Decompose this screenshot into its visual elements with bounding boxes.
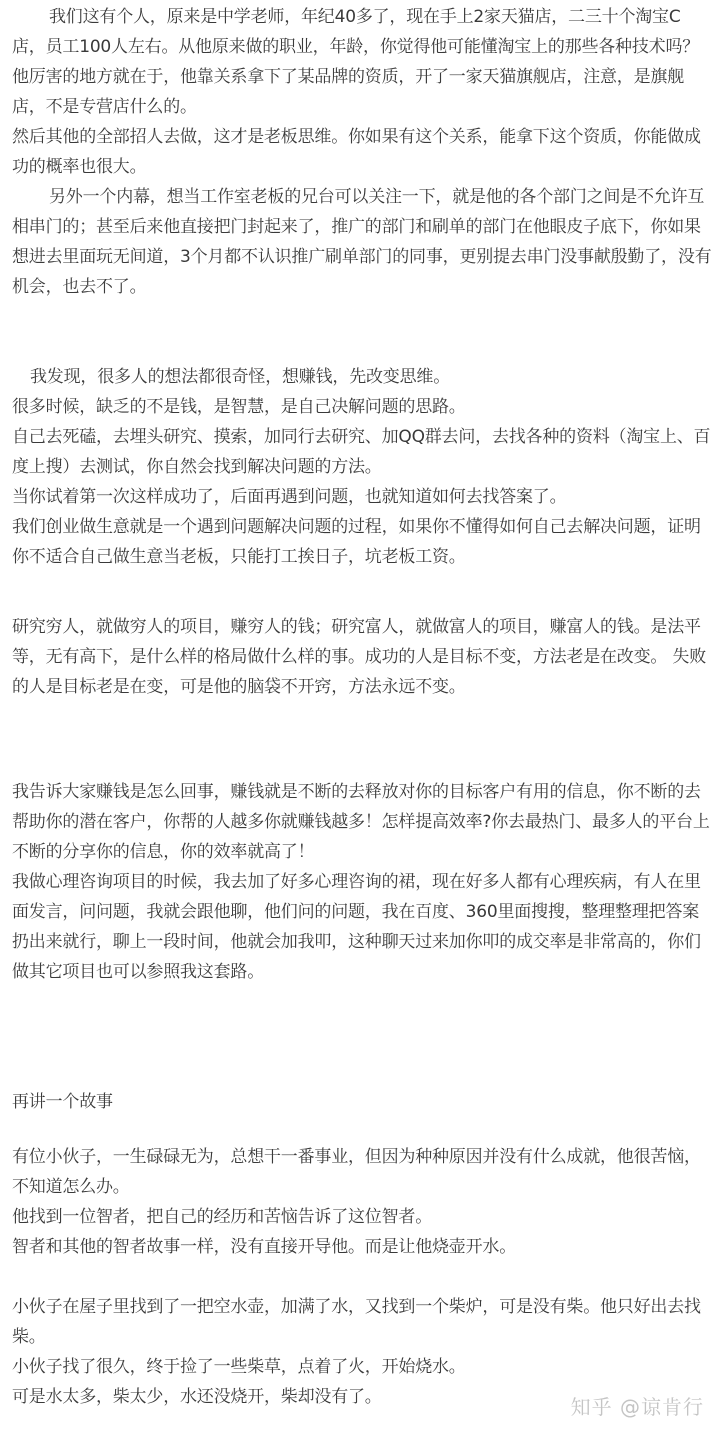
paragraph-found-sage: 他找到一位智者，把自己的经历和苦恼告诉了这位智者。 [12,1202,712,1232]
paragraph-first-success: 当你试着第一次这样成功了，后面再遇到问题，也就知道如何去找答案了。 [12,482,712,512]
paragraph-making-money: 我告诉大家赚钱是怎么回事，赚钱就是不断的去释放对你的目标客户有用的信息，你不断的… [12,777,712,867]
paragraph-counseling-project: 我做心理咨询项目的时候，我去加了好多心理咨询的裙，现在好多人都有心理疾病，有人在… [12,867,712,987]
paragraph-young-man: 有位小伙子，一生碌碌无为，总想干一番事业，但因为种种原因并没有什么成就，他很苦恼… [12,1142,712,1202]
paragraph-change-thinking: 我发现，很多人的想法都很奇怪，想赚钱，先改变思维。 [12,362,712,392]
paragraph-teacher-story: 我们这有个人，原来是中学老师，年纪40多了，现在手上2家天猫店，二三十个淘宝C店… [12,2,712,122]
zhihu-watermark: 知乎 @谅肯行 [571,1392,704,1422]
paragraph-entrepreneurship: 我们创业做生意就是一个遇到问题解决问题的过程，如果你不懂得如何自己去解决问题，证… [12,512,712,572]
paragraph-wisdom: 很多时候，缺乏的不是钱，是智慧，是自己决解问题的思路。 [12,392,712,422]
paragraph-empty-kettle: 小伙子在屋子里找到了一把空水壶，加满了水，又找到一个柴炉，可是没有柴。他只好出去… [12,1292,712,1352]
paragraph-found-firewood: 小伙子找了很久，终于捡了一些柴草，点着了火，开始烧水。 [12,1352,712,1382]
paragraph-poor-rich: 研究穷人，就做穷人的项目，赚穷人的钱；研究富人，就做富人的项目，赚富人的钱。是法… [12,612,712,702]
paragraph-boil-water: 智者和其他的智者故事一样，没有直接开导他。而是让他烧壶开水。 [12,1232,712,1262]
section-heading-another-story: 再讲一个故事 [12,1087,712,1117]
paragraph-inside-story: 另外一个内幕，想当工作室老板的兄台可以关注一下，就是他的各个部门之间是不允许互相… [12,182,712,302]
paragraph-ran-out: 可是水太多，柴太少，水还没烧开，柴却没有了。 [12,1382,552,1412]
paragraph-research: 自己去死磕，去埋头研究、摸索，加同行去研究、加QQ群去问，去找各种的资料（淘宝上… [12,422,712,482]
paragraph-boss-thinking: 然后其他的全部招人去做，这才是老板思维。你如果有这个关系，能拿下这个资质，你能做… [12,122,712,182]
